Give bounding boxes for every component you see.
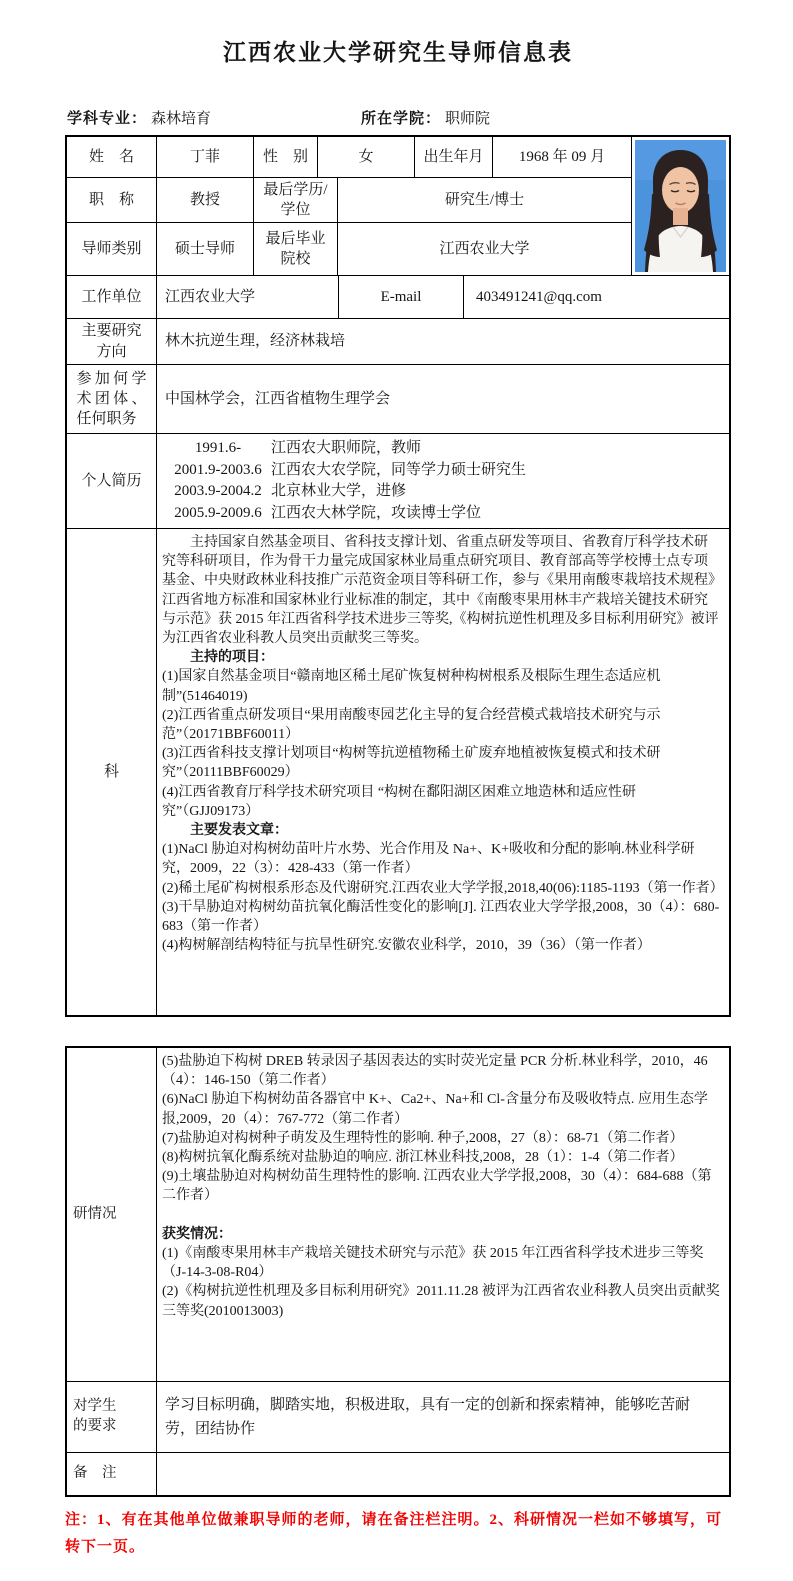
societies-value: 中国林学会，江西省植物生理学会 [157, 365, 729, 433]
major-value: 森林培育 [151, 107, 211, 128]
remark-label: 备 注 [67, 1453, 157, 1495]
research-paragraph: (2)江西省重点研发项目“果用南酸枣园艺化主导的复合经营模式栽培技术研究与示范”… [162, 706, 721, 744]
title-value: 教授 [157, 178, 254, 222]
research-paragraph [162, 1206, 721, 1225]
supervisor-info-table-page1: 姓 名 丁菲 性 别 女 出生年月 1968 年 09 月 职 称 教授 最后学… [65, 135, 731, 1017]
research-paragraph: 获奖情况： [162, 1225, 721, 1244]
resume-content: 1991.6-江西农大职师院，教师2001.9-2003.6江西农大农学院，同等… [157, 434, 729, 528]
graduate-school-value: 江西农业大学 [338, 223, 632, 275]
resume-period: 1991.6- [165, 438, 271, 460]
research-paragraph: (3)干旱胁迫对构树幼苗抗氧化酶活性变化的影响[J]. 江西农业大学学报,200… [162, 898, 721, 936]
row-societies: 参加何学术团体、任何职务 中国林学会，江西省植物生理学会 [67, 365, 729, 434]
birth-value: 1968 年 09 月 [493, 137, 632, 177]
student-requirements-value: 学习目标明确，脚踏实地，积极进取，具有一定的创新和探索精神，能够吃苦耐劳，团结协… [157, 1382, 729, 1452]
research-paragraph: 主要发表文章： [162, 821, 721, 840]
research-direction-label: 主要研究方向 [67, 319, 157, 364]
graduate-school-label: 最后毕业院校 [254, 223, 338, 275]
resume-desc: 江西农大林学院，攻读博士学位 [271, 503, 481, 525]
title-label: 职 称 [67, 178, 157, 222]
row-title-education: 职 称 教授 最后学历/学位 研究生/博士 [67, 178, 632, 223]
societies-label: 参加何学术团体、任何职务 [67, 365, 157, 433]
row-work-email: 工作单位 江西农业大学 E-mail 403491241@qq.com [67, 276, 729, 319]
resume-period: 2001.9-2003.6 [165, 460, 271, 482]
row-resume: 个人简历 1991.6-江西农大职师院，教师2001.9-2003.6江西农大农… [67, 434, 729, 529]
birth-label: 出生年月 [415, 137, 493, 177]
resume-desc: 北京林业大学，进修 [271, 481, 406, 503]
resume-line: 2005.9-2009.6江西农大林学院，攻读博士学位 [165, 503, 481, 525]
name-value: 丁菲 [157, 137, 254, 177]
resume-desc: 江西农大农学院，同等学力硕士研究生 [271, 460, 526, 482]
resume-line: 2001.9-2003.6江西农大农学院，同等学力硕士研究生 [165, 460, 526, 482]
college-value: 职师院 [445, 107, 490, 128]
research-content-page1: 主持国家自然基金项目、省科技支撑计划、省重点研发等项目、省教育厅科学技术研究等科… [157, 529, 729, 1015]
id-photo [635, 140, 726, 272]
research-paragraph: (1)国家自然基金项目“赣南地区稀土尾矿恢复树种构树根系及根际生理生态适应机制”… [162, 667, 721, 705]
college-label: 所在学院： [361, 107, 441, 128]
research-paragraph: 主持国家自然基金项目、省科技支撑计划、省重点研发等项目、省教育厅科学技术研究等科… [162, 533, 721, 648]
research-paragraph: (7)盐胁迫对构树种子萌发及生理特性的影响. 种子,2008，27（8）：68-… [162, 1129, 721, 1148]
work-unit-label: 工作单位 [67, 276, 157, 318]
supervisor-info-table-page2: 研情况 (5)盐胁迫下构树 DREB 转录因子基因表达的实时荧光定量 PCR 分… [65, 1046, 731, 1497]
research-paragraph: (9)土壤盐胁迫对构树幼苗生理特性的影响. 江西农业大学学报,2008，30（4… [162, 1167, 721, 1205]
gender-value: 女 [318, 137, 415, 177]
meta-row: 学科专业： 森林培育 所在学院： 职师院 [67, 107, 731, 128]
mentor-type-value: 硕士导师 [157, 223, 254, 275]
email-value: 403491241@qq.com [464, 276, 729, 318]
resume-label: 个人简历 [67, 434, 157, 528]
resume-period: 2003.9-2004.2 [165, 481, 271, 503]
research-label-part2: 研情况 [67, 1048, 157, 1381]
row-research-part1: 科 主持国家自然基金项目、省科技支撑计划、省重点研发等项目、省教育厅科学技术研究… [67, 529, 729, 1015]
research-paragraph: (4)构树解剖结构特征与抗旱性研究.安徽农业科学，2010，39（36）（第一作… [162, 936, 721, 955]
row-name-gender-birth: 姓 名 丁菲 性 别 女 出生年月 1968 年 09 月 [67, 137, 632, 178]
research-content-page2: (5)盐胁迫下构树 DREB 转录因子基因表达的实时荧光定量 PCR 分析.林业… [157, 1048, 729, 1381]
research-paragraph: 主持的项目： [162, 648, 721, 667]
research-paragraph: (6)NaCl 胁迫下构树幼苗各器官中 K+、Ca2+、Na+和 Cl-含量分布… [162, 1090, 721, 1128]
page-title: 江西农业大学研究生导师信息表 [65, 34, 731, 67]
basic-info-block: 姓 名 丁菲 性 别 女 出生年月 1968 年 09 月 职 称 教授 最后学… [67, 137, 729, 276]
college-group: 所在学院： 职师院 [361, 107, 490, 128]
remark-value [157, 1453, 729, 1495]
row-research-direction: 主要研究方向 林木抗逆生理，经济林栽培 [67, 319, 729, 365]
name-label: 姓 名 [67, 137, 157, 177]
research-paragraph: (1)NaCl 胁迫对构树幼苗叶片水势、光合作用及 Na+、K+吸收和分配的影响… [162, 840, 721, 878]
research-paragraph: (8)构树抗氧化酶系统对盐胁迫的响应. 浙江林业科技,2008，28（1）：1-… [162, 1148, 721, 1167]
research-paragraph: (4)江西省教育厅科学技术研究项目 “构树在鄱阳湖区困难立地造林和适应性研究”（… [162, 783, 721, 821]
education-value: 研究生/博士 [338, 178, 632, 222]
document-page: 江西农业大学研究生导师信息表 学科专业： 森林培育 所在学院： 职师院 姓 名 … [0, 0, 793, 1581]
research-paragraph: (2)《构树抗逆性机理及多目标利用研究》2011.11.28 被评为江西省农业科… [162, 1282, 721, 1320]
research-label-part1: 科 [67, 529, 157, 1015]
research-paragraph: (5)盐胁迫下构树 DREB 转录因子基因表达的实时荧光定量 PCR 分析.林业… [162, 1052, 721, 1090]
work-unit-value: 江西农业大学 [157, 276, 339, 318]
major-label: 学科专业： [67, 107, 147, 128]
resume-line: 2003.9-2004.2北京林业大学，进修 [165, 481, 406, 503]
id-photo-cell [632, 137, 729, 275]
research-paragraph: (1)《南酸枣果用林丰产栽培关键技术研究与示范》获 2015 年江西省科学技术进… [162, 1244, 721, 1282]
research-paragraph: (2)稀土尾矿构树根系形态及代谢研究.江西农业大学学报,2018,40(06):… [162, 879, 721, 898]
red-footnote: 注：1、有在其他单位做兼职导师的老师，请在备注栏注明。2、科研情况一栏如不够填写… [65, 1507, 731, 1561]
row-student-requirements: 对学生的要求 学习目标明确，脚踏实地，积极进取，具有一定的创新和探索精神，能够吃… [67, 1382, 729, 1453]
student-requirements-label: 对学生的要求 [67, 1382, 157, 1452]
mentor-type-label: 导师类别 [67, 223, 157, 275]
education-label: 最后学历/学位 [254, 178, 338, 222]
email-label: E-mail [339, 276, 464, 318]
row-remark: 备 注 [67, 1453, 729, 1495]
research-paragraph: (3)江西省科技支撑计划项目“构树等抗逆植物稀土矿废弃地植被恢复模式和技术研究”… [162, 744, 721, 782]
resume-period: 2005.9-2009.6 [165, 503, 271, 525]
photo-neck [673, 208, 688, 225]
row-research-part2: 研情况 (5)盐胁迫下构树 DREB 转录因子基因表达的实时荧光定量 PCR 分… [67, 1048, 729, 1382]
photo-face [662, 167, 699, 213]
research-direction-value: 林木抗逆生理，经济林栽培 [157, 319, 729, 364]
gender-label: 性 别 [254, 137, 318, 177]
resume-desc: 江西农大职师院，教师 [271, 438, 421, 460]
resume-line: 1991.6-江西农大职师院，教师 [165, 438, 421, 460]
row-mentor-school: 导师类别 硕士导师 最后毕业院校 江西农业大学 [67, 223, 632, 275]
